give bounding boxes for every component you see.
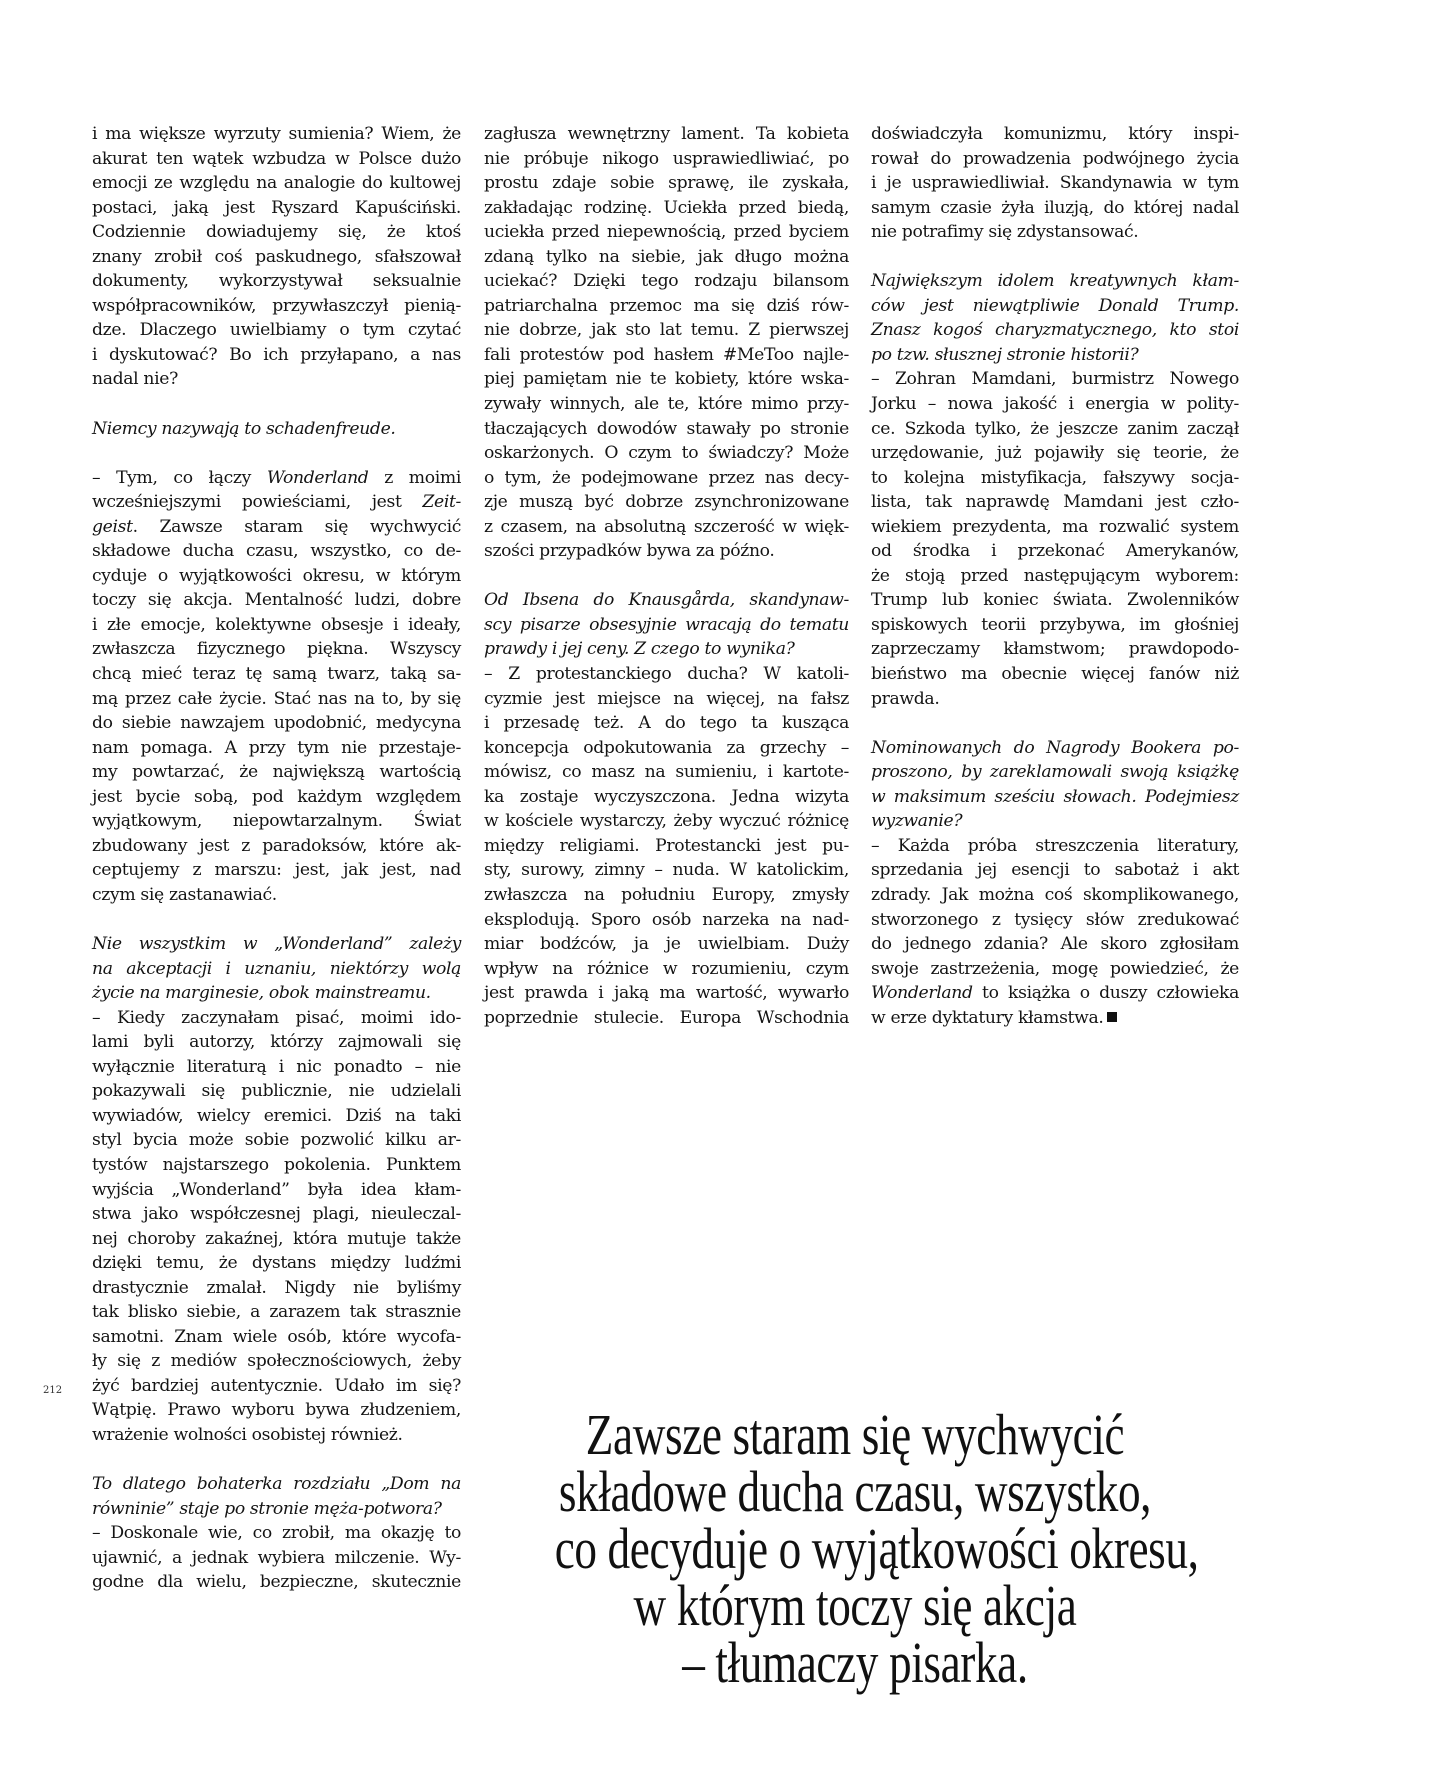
text-line: prawda. — [871, 687, 1239, 712]
text-line: zakładając rodzinę. Uciekła przed biedą, — [484, 196, 849, 221]
paragraph-gap — [92, 441, 461, 466]
text-line: wrażenie wolności osobistej również. — [92, 1423, 461, 1448]
pull-quote-line: Zawsze staram się wychwycić — [555, 1406, 1156, 1463]
text-line: Znasz kogoś charyzmatycznego, kto stoi — [871, 318, 1239, 343]
text-line: znany zrobił coś paskudnego, sfałszował — [92, 245, 461, 270]
interview-answer: doświadczyła komunizmu, który inspi-rowa… — [871, 122, 1239, 245]
text-line: nie próbuje nikogo usprawiedliwiać, po — [484, 147, 849, 172]
text-line: godne dla wielu, bezpieczne, skutecznie — [92, 1570, 461, 1595]
text-line: zaprzeczamy kłamstwom; prawdopodo- — [871, 637, 1239, 662]
text-line: zdaną tylko na siebie, jak długo można — [484, 245, 849, 270]
text-line: To dlatego bohaterka rozdziału „Dom na — [92, 1472, 461, 1497]
text-line: tak blisko siebie, a zarazem tak straszn… — [92, 1300, 461, 1325]
text-line: wyjątkowym, niepowtarzalnym. Świat — [92, 809, 461, 834]
text-line: lista, tak naprawdę Mamdani jest czło- — [871, 490, 1239, 515]
text-line: prawdy i jej ceny. Z czego to wynika? — [484, 637, 849, 662]
text-line: nie potrafimy się zdystansować. — [871, 220, 1239, 245]
text-line: ka zostaje wyczyszczona. Jedna wizyta — [484, 785, 849, 810]
text-line: ceptujemy z marszu: jest, jak jest, nad — [92, 858, 461, 883]
pull-quote-line: co decyduje o wyjątkowości okresu, — [555, 1520, 1156, 1577]
text-line: uciekać? Dzięki tego rodzaju bilansom — [484, 269, 849, 294]
text-line: – Tym, co łączy Wonderland z moimi — [92, 466, 461, 491]
interview-answer: zagłusza wewnętrzny lament. Ta kobietani… — [484, 122, 849, 564]
text-line: stworzonego z tysięcy słów zredukować — [871, 908, 1239, 933]
text-line: o tym, że podejmowane przez nas decy- — [484, 466, 849, 491]
text-line: dokumenty, wykorzystywał seksualnie — [92, 269, 461, 294]
paragraph-gap — [92, 1448, 461, 1473]
text-line: Największym idolem kreatywnych kłam- — [871, 269, 1239, 294]
text-line: drastycznie zmalał. Nigdy nie byliśmy — [92, 1276, 461, 1301]
interview-question: Nominowanych do Nagrody Bookera po-prosz… — [871, 736, 1239, 834]
text-line: wiekiem prezydenta, ma rozwalić system — [871, 515, 1239, 540]
text-line: do siebie nawzajem upodobnić, medycyna — [92, 711, 461, 736]
text-line: ły się z mediów społecznościowych, żeby — [92, 1349, 461, 1374]
interview-question: Nie wszystkim w „Wonderland” zależyna ak… — [92, 932, 461, 1006]
text-line: proszono, by zareklamowali swoją książkę — [871, 760, 1239, 785]
text-line: – Każda próba streszczenia literatury, — [871, 834, 1239, 859]
text-line: w erze dyktatury kłamstwa. — [871, 1006, 1239, 1031]
text-line: akurat ten wątek wzbudza w Polsce dużo — [92, 147, 461, 172]
text-line: zdrady. Jak można coś skomplikowanego, — [871, 883, 1239, 908]
pull-quote-attribution: – tłumaczy pisarka. — [555, 1634, 1156, 1691]
text-line: mówisz, co masz na sumieniu, i kartote- — [484, 760, 849, 785]
text-line: i dyskutować? Bo ich przyłapano, a nas — [92, 343, 461, 368]
text-line: sty, surowy, zimny – nuda. W katolickim, — [484, 858, 849, 883]
text-line: nej choroby zakaźnej, która mutuje także — [92, 1227, 461, 1252]
text-line: Trump lub koniec świata. Zwolenników — [871, 588, 1239, 613]
text-line: wcześniejszymi powieściami, jest Zeit- — [92, 490, 461, 515]
text-line: i złe emocje, kolektywne obsesje i ideał… — [92, 613, 461, 638]
text-line: koncepcja odpokutowania za grzechy – — [484, 736, 849, 761]
text-line: my powtarzać, że największą wartością — [92, 760, 461, 785]
interview-answer: – Doskonale wie, co zrobił, ma okazję to… — [92, 1521, 461, 1595]
text-line: tłaczających dowodów stawały po stronie — [484, 417, 849, 442]
text-line: urzędowanie, już pojawiły się teorie, że — [871, 441, 1239, 466]
text-line: zbudowany jest z paradoksów, które ak- — [92, 834, 461, 859]
text-line: dze. Dlaczego uwielbiamy o tym czytać — [92, 318, 461, 343]
text-line: patriarchalna przemoc ma się dziś rów- — [484, 294, 849, 319]
text-line: życie na marginesie, obok mainstreamu. — [92, 981, 461, 1006]
text-line: współpracowników, przywłaszczył pienią- — [92, 294, 461, 319]
text-line: nam pomaga. A przy tym nie przestaje- — [92, 736, 461, 761]
article-column-2: zagłusza wewnętrzny lament. Ta kobietani… — [484, 122, 849, 1030]
text-line: w maksimum sześciu słowach. Podejmiesz — [871, 785, 1239, 810]
text-line: toczy się akcja. Mentalność ludzi, dobre — [92, 588, 461, 613]
end-of-article-mark — [1107, 1012, 1117, 1022]
text-line: poprzednie stulecie. Europa Wschodnia — [484, 1006, 849, 1031]
text-line: stwa jako współczesnej plagi, nieuleczal… — [92, 1202, 461, 1227]
text-line: że stoją przed następującym wyborem: — [871, 564, 1239, 589]
text-line: dzięki temu, że dystans między ludźmi — [92, 1251, 461, 1276]
paragraph-gap — [92, 392, 461, 417]
text-line: samym czasie żyła iluzją, do której nada… — [871, 196, 1239, 221]
text-line: Codziennie dowiadujemy się, że ktoś — [92, 220, 461, 245]
text-line: cyzmie jest miejsce na więcej, na fałsz — [484, 687, 849, 712]
text-line: samotni. Znam wiele osób, które wycofa- — [92, 1325, 461, 1350]
text-line: sprzedania jej esencji to sabotaż i akt — [871, 858, 1239, 883]
text-line: ców jest niewątpliwie Donald Trump. — [871, 294, 1239, 319]
text-line: scy pisarze obsesyjnie wracają do tematu — [484, 613, 849, 638]
text-line: od środka i przekonać Amerykanów, — [871, 539, 1239, 564]
text-line: tystów najstarszego pokolenia. Punktem — [92, 1153, 461, 1178]
text-line: mą przez całe życie. Stać nas na to, by … — [92, 687, 461, 712]
text-line: Jorku – nowa jakość i energia w polity- — [871, 392, 1239, 417]
text-line: na akceptacji i uznaniu, niektórzy wolą — [92, 957, 461, 982]
article-column-1: i ma większe wyrzuty sumienia? Wiem, żea… — [92, 122, 461, 1595]
text-line: jest prawda i jaką ma wartość, wywarło — [484, 981, 849, 1006]
pull-quote-line: składowe ducha czasu, wszystko, — [555, 1463, 1156, 1520]
text-line: miar bodźców, ja je uwielbiam. Duży — [484, 932, 849, 957]
paragraph-gap — [871, 711, 1239, 736]
pull-quote: Zawsze staram się wychwycić składowe duc… — [555, 1406, 1156, 1691]
text-line: nie dobrze, jak sto lat temu. Z pierwsze… — [484, 318, 849, 343]
text-line: Od Ibsena do Knausgårda, skandynaw- — [484, 588, 849, 613]
text-line: pokazywali się publicznie, nie udzielali — [92, 1079, 461, 1104]
text-line: oskarżonych. O czym to świadczy? Może — [484, 441, 849, 466]
text-line: eksplodują. Sporo osób narzeka na nad- — [484, 908, 849, 933]
text-line: wywiadów, wielcy eremici. Dziś na taki — [92, 1104, 461, 1129]
text-line: – Doskonale wie, co zrobił, ma okazję to — [92, 1521, 461, 1546]
text-line: i je usprawiedliwiał. Skandynawia w tym — [871, 171, 1239, 196]
text-line: doświadczyła komunizmu, który inspi- — [871, 122, 1239, 147]
text-line: jest bycie sobą, pod każdym względem — [92, 785, 461, 810]
text-line: emocji ze względu na analogie do kultowe… — [92, 171, 461, 196]
text-line: Niemcy nazywają to schadenfreude. — [92, 417, 461, 442]
text-line: Wątpię. Prawo wyboru bywa złudzeniem, — [92, 1398, 461, 1423]
paragraph-gap — [92, 908, 461, 933]
text-line: to kolejna mistyfikacja, fałszywy socja- — [871, 466, 1239, 491]
text-line: swoje zastrzeżenia, mogę powiedzieć, że — [871, 957, 1239, 982]
text-line: wpływ na różnice w rozumieniu, czym — [484, 957, 849, 982]
text-line: z czasem, na absolutną szczerość w więk- — [484, 515, 849, 540]
text-line: rował do prowadzenia podwójnego życia — [871, 147, 1239, 172]
text-line: żyć bardziej autentycznie. Udało im się? — [92, 1374, 461, 1399]
text-line: Nie wszystkim w „Wonderland” zależy — [92, 932, 461, 957]
text-line: zagłusza wewnętrzny lament. Ta kobieta — [484, 122, 849, 147]
interview-answer: – Każda próba streszczenia literatury,sp… — [871, 834, 1239, 1030]
pull-quote-line: w którym toczy się akcja — [555, 1577, 1156, 1634]
text-line: fali protestów pod hasłem #MeToo najle- — [484, 343, 849, 368]
text-line: geist. Zawsze staram się wychwycić — [92, 515, 461, 540]
text-line: zwłaszcza na południu Europy, zmysły — [484, 883, 849, 908]
text-line: czym się zastanawiać. — [92, 883, 461, 908]
interview-answer: – Z protestanckiego ducha? W katoli-cyzm… — [484, 662, 849, 1030]
text-line: piej pamiętam nie te kobiety, które wska… — [484, 367, 849, 392]
text-line: zwłaszcza fizycznego piękna. Wszyscy — [92, 637, 461, 662]
text-line: wyłącznie literaturą i nic ponadto – nie — [92, 1055, 461, 1080]
text-line: równinie” staje po stronie męża-potwora? — [92, 1497, 461, 1522]
text-line: cyduje o wyjątkowości okresu, w którym — [92, 564, 461, 589]
text-line: Wonderland to książka o duszy człowieka — [871, 981, 1239, 1006]
text-line: nadal nie? — [92, 367, 461, 392]
text-line: lami byli autorzy, którzy zajmowali się — [92, 1030, 461, 1055]
text-line: i przesadę też. A do tego ta kusząca — [484, 711, 849, 736]
text-line: do jednego zdania? Ale skoro zgłosiłam — [871, 932, 1239, 957]
text-line: szości przypadków bywa za późno. — [484, 539, 849, 564]
interview-question: To dlatego bohaterka rozdziału „Dom naró… — [92, 1472, 461, 1521]
interview-question: Od Ibsena do Knausgårda, skandynaw-scy p… — [484, 588, 849, 662]
text-line: między religiami. Protestancki jest pu- — [484, 834, 849, 859]
paragraph-gap — [871, 245, 1239, 270]
paragraph-gap — [484, 564, 849, 589]
text-line: wyjścia „Wonderland” była idea kłam- — [92, 1178, 461, 1203]
interview-answer: – Zohran Mamdani, burmistrz NowegoJorku … — [871, 367, 1239, 711]
text-line: Nominowanych do Nagrody Bookera po- — [871, 736, 1239, 761]
text-line: i ma większe wyrzuty sumienia? Wiem, że — [92, 122, 461, 147]
interview-question: Największym idolem kreatywnych kłam-ców … — [871, 269, 1239, 367]
text-line: postaci, jaką jest Ryszard Kapuściński. — [92, 196, 461, 221]
interview-answer: i ma większe wyrzuty sumienia? Wiem, żea… — [92, 122, 461, 392]
text-line: zywały winnych, ale te, które mimo przy- — [484, 392, 849, 417]
text-line: styl bycia może sobie pozwolić kilku ar- — [92, 1128, 461, 1153]
text-line: składowe ducha czasu, wszystko, co de- — [92, 539, 461, 564]
text-line: chcą mieć teraz tę samą twarz, taką sa- — [92, 662, 461, 687]
text-line: prostu zdaje sobie sprawę, ile zyskała, — [484, 171, 849, 196]
text-line: ujawnić, a jednak wybiera milczenie. Wy- — [92, 1546, 461, 1571]
text-line: uciekła przed niepewnością, przed byciem — [484, 220, 849, 245]
interview-answer: – Tym, co łączy Wonderland z moimiwcześn… — [92, 466, 461, 908]
text-line: w kościele wystarczy, żeby wyczuć różnic… — [484, 809, 849, 834]
text-line: wyzwanie? — [871, 809, 1239, 834]
page-number: 212 — [43, 1385, 62, 1396]
text-line: – Zohran Mamdani, burmistrz Nowego — [871, 367, 1239, 392]
text-line: zje muszą być dobrze zsynchronizowane — [484, 490, 849, 515]
text-line: po tzw. słusznej stronie historii? — [871, 343, 1239, 368]
interview-question: Niemcy nazywają to schadenfreude. — [92, 417, 461, 442]
text-line: ce. Szkoda tylko, że jeszcze zanim zaczą… — [871, 417, 1239, 442]
text-line: spiskowych teorii przybywa, im głośniej — [871, 613, 1239, 638]
text-line: – Z protestanckiego ducha? W katoli- — [484, 662, 849, 687]
text-line: – Kiedy zaczynałam pisać, moimi ido- — [92, 1006, 461, 1031]
interview-answer: – Kiedy zaczynałam pisać, moimi ido-lami… — [92, 1006, 461, 1448]
article-column-3: doświadczyła komunizmu, który inspi-rowa… — [871, 122, 1239, 1030]
text-line: bieństwo ma obecnie więcej fanów niż — [871, 662, 1239, 687]
